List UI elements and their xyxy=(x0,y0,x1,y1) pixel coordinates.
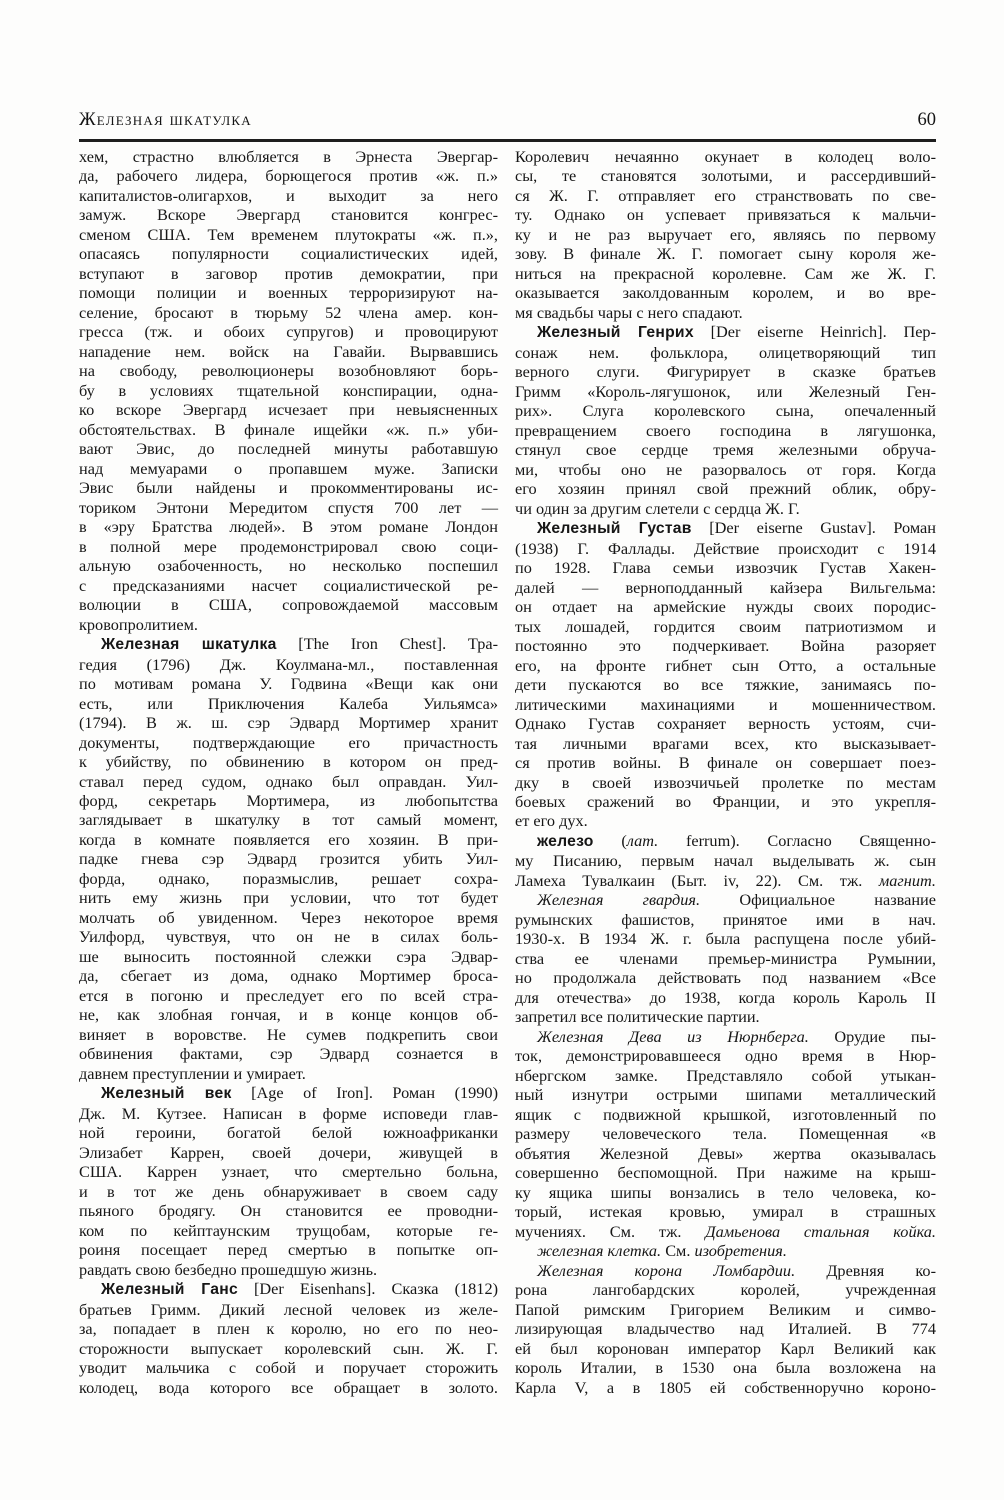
body-text: ше выносить постоянной слежки сэра Эдвар… xyxy=(79,947,498,966)
body-text: Королевич нечаянно окунает в колодец вол… xyxy=(515,147,936,166)
text-line: с предсказаниями насчет социалистической… xyxy=(79,576,498,595)
text-line: не, как злобная гончая, и в конце концов… xyxy=(79,1005,498,1024)
body-text: ку и не раз выручает его, являясь по пер… xyxy=(515,225,936,244)
body-text: [Der eiserne Heinrich]. Пер- xyxy=(694,322,936,341)
running-head: Железная шкатулка 60 xyxy=(79,110,936,131)
text-line: ся против войны. В финале он совершает п… xyxy=(515,753,936,772)
text-line: 1930-х. В 1934 Ж. г. была распущена посл… xyxy=(515,929,936,948)
body-text: верного слуги. Фигурирует в сказке брать… xyxy=(515,362,936,381)
body-text: волюции в США, сопровождаемой массовым xyxy=(79,595,498,614)
body-text: документы, подтверждающие его причастнос… xyxy=(79,733,498,752)
body-text: оказывается заколдованным королем, и во … xyxy=(515,283,936,302)
body-text: за, попадает в плен к королю, но его по … xyxy=(79,1319,498,1338)
text-line: рих». Слуга королевского сына, опечаленн… xyxy=(515,401,936,420)
text-line: обстоятельствах. В финале ищейки «ж. п.»… xyxy=(79,420,498,439)
body-text: его, на фронте гибнет сын Отто, а осталь… xyxy=(515,656,936,675)
body-text: мучениях. См. тж. xyxy=(515,1222,705,1241)
body-text: Гримм «Король-лягушонок, или Железный Ге… xyxy=(515,382,936,401)
text-line: помощи полиции и военных терроризируют н… xyxy=(79,283,498,302)
body-text: лизирующая владычество над Италией. В 77… xyxy=(515,1319,936,1338)
body-text: Однако Густав сохраняет верность устоям,… xyxy=(515,714,936,733)
text-line: Гримм «Король-лягушонок, или Железный Ге… xyxy=(515,382,936,401)
text-line: нбергском замке. Представляло собой утык… xyxy=(515,1066,936,1085)
body-text: в полной мере продемонстрировал свою соц… xyxy=(79,537,498,556)
text-line: его хозяин принял свой прежний облик, об… xyxy=(515,479,936,498)
text-line: Железная корона Ломбардии. Древняя ко- xyxy=(515,1261,936,1280)
body-text: Ламеха Тувалкаин (Быт. iv, 22). См. тж. xyxy=(515,871,879,890)
text-line: Элизабет Каррен, своей дочери, живущей в xyxy=(79,1143,498,1162)
body-text: объятия Железной Девы» жертва оказывалас… xyxy=(515,1144,936,1163)
body-text: запретил все политические партии. xyxy=(515,1007,760,1026)
body-text: ся Ж. Г. отправляет его странствовать по… xyxy=(515,186,936,205)
text-line: ток, демонстрировавшееся одно время в Ню… xyxy=(515,1046,936,1065)
text-line: сы, те становятся золотыми, и рассердивш… xyxy=(515,166,936,185)
text-line: постоянно это подчеркивает. Война разоря… xyxy=(515,636,936,655)
text-line: (1794). В ж. ш. сэр Эдвард Мортимер хран… xyxy=(79,713,498,732)
body-text: ториком Энтони Мередитом спустя 700 лет … xyxy=(79,498,498,517)
entry-age-of-iron: Железный век [Age of Iron]. Роман (1990)… xyxy=(79,1083,498,1279)
body-text: бу в условиях тщательной конспирации, од… xyxy=(79,381,498,400)
body-text: [Der Eisenhans]. Сказка (1812) xyxy=(238,1279,498,1298)
text-line: ту. Однако он успевает привязаться к мал… xyxy=(515,205,936,224)
body-text: США. Каррен узнает, что смертельно больн… xyxy=(79,1162,498,1181)
body-text: ниться на прекрасной королевне. Сам же Ж… xyxy=(515,264,936,283)
body-text: [Age of Iron]. Роман (1990) xyxy=(232,1083,498,1102)
body-text: капиталистов-олигархов, и выходит за нег… xyxy=(79,186,498,205)
italic-text: железная клетка. xyxy=(537,1241,661,1260)
entry-iron-zhelezo: железо (лат. ferrum). Согласно Священно-… xyxy=(515,831,936,890)
text-line: оказывается заколдованным королем, и во … xyxy=(515,283,936,302)
text-line: рона лангобардских королей, учрежденная xyxy=(515,1280,936,1299)
text-line: форда, однако, поразмыслив, решает сохра… xyxy=(79,869,498,888)
body-text: к убийству, по обвинению в котором он пр… xyxy=(79,752,498,771)
body-text: сонаж нем. фольклора, олицетворяющий тип xyxy=(515,343,936,362)
text-line: ет его дух. xyxy=(515,811,936,830)
text-line: ку ящика шипы вонзались в тело человека,… xyxy=(515,1183,936,1202)
italic-text: Железная гвардия. xyxy=(537,890,700,909)
text-line: уводит мальчика с собой и поручает сторо… xyxy=(79,1358,498,1377)
text-line: Уилфорд, чувствуя, что он не в силах бол… xyxy=(79,927,498,946)
body-text: и в тот же день обнаруживает в своем сад… xyxy=(79,1182,498,1201)
body-text: молчать об увиденном. Через некоторое вр… xyxy=(79,908,498,927)
text-line: по 1928. Глава семьи извозчик Густав Хак… xyxy=(515,558,936,577)
text-line: (1938) Г. Фаллады. Действие происходит с… xyxy=(515,539,936,558)
body-text: сторожности выпускает королевский сын. Ж… xyxy=(79,1339,498,1358)
entry-headword: Железный Ганс xyxy=(101,1281,238,1298)
text-line: когда в комнате появляется его хозяин. В… xyxy=(79,830,498,849)
text-line: равдать свою безбедно прошедшую жизнь. xyxy=(79,1260,498,1279)
entry-headword: железо xyxy=(537,833,594,850)
text-line: колодец, вода которого все обращает в зо… xyxy=(79,1378,498,1397)
body-text: зову. В финале Ж. Г. помогает сыну корол… xyxy=(515,244,936,263)
entry-iron-hans-continuation: Королевич нечаянно окунает в колодец вол… xyxy=(515,147,936,322)
body-text: над мемуарами о пропавшем муже. Записки xyxy=(79,459,498,478)
body-text: му Писанию, первым начал выделывать ж. с… xyxy=(515,851,936,870)
body-text: мя свадьбы чары с него спадают. xyxy=(515,303,743,322)
text-line: альную озабоченность, но несколько поспе… xyxy=(79,556,498,575)
text-line: литическими махинациями и мошенничеством… xyxy=(515,695,936,714)
body-text: опасаясь популярности социалистических и… xyxy=(79,244,498,263)
text-line: ниться на прекрасной королевне. Сам же Ж… xyxy=(515,264,936,283)
text-line: Королевич нечаянно окунает в колодец вол… xyxy=(515,147,936,166)
text-line: ей был коронован император Карл Великий … xyxy=(515,1339,936,1358)
text-line: Железная гвардия. Официальное название xyxy=(515,890,936,909)
body-text: на свободу, революционеры возобновляют б… xyxy=(79,361,498,380)
body-text: ный изнутри острыми шипами металлический xyxy=(515,1085,936,1104)
body-text: ко вскоре Эвергард исчезает при невыясне… xyxy=(79,400,498,419)
text-line: ной героини, богатой белой южноафриканки xyxy=(79,1123,498,1142)
body-text: когда в комнате появляется его хозяин. В… xyxy=(79,830,498,849)
text-line: опасаясь популярности социалистических и… xyxy=(79,244,498,263)
text-line: ше выносить постоянной слежки сэра Эдвар… xyxy=(79,947,498,966)
text-line: есть, или Приключения Калеба Уильямса» xyxy=(79,694,498,713)
body-text: ной героини, богатой белой южноафриканки xyxy=(79,1123,498,1142)
text-line: далей — верноподданный кайзера Вильгельм… xyxy=(515,578,936,597)
body-text: кровопролитием. xyxy=(79,615,198,634)
text-line: Ламеха Тувалкаин (Быт. iv, 22). См. тж. … xyxy=(515,871,936,890)
body-text: роиня посещает перед смертью в попытке о… xyxy=(79,1240,498,1259)
text-line: к убийству, по обвинению в котором он пр… xyxy=(79,752,498,771)
body-text: сы, те становятся золотыми, и рассердивш… xyxy=(515,166,936,185)
body-text: помощи полиции и военных терроризируют н… xyxy=(79,283,498,302)
text-line: стянул свое сердце тремя железными обруч… xyxy=(515,440,936,459)
body-text: Карла V, а в 1805 ей собственноручно кор… xyxy=(515,1378,936,1397)
body-text: уводит мальчика с собой и поручает сторо… xyxy=(79,1358,498,1377)
body-text: ства ее членами премьер-министра Румынии… xyxy=(515,949,936,968)
text-line: совершенно беспомощной. При нажиме на кр… xyxy=(515,1163,936,1182)
entry-iron-gustav: Железный Густав [Der eiserne Gustav]. Ро… xyxy=(515,518,936,831)
subentry-iron-guard: Железная гвардия. Официальное названиеру… xyxy=(515,890,936,1026)
text-line: ставал перед судом, однако был оправдан.… xyxy=(79,772,498,791)
body-text: хем, страстно влюбляется в Эрнеста Эверг… xyxy=(79,147,498,166)
text-line: в полной мере продемонстрировал свою соц… xyxy=(79,537,498,556)
text-line: роиня посещает перед смертью в попытке о… xyxy=(79,1240,498,1259)
text-line: да, сбегает из дома, однако Мортимер бро… xyxy=(79,966,498,985)
text-line: сменом США. Тем временем плутократы «ж. … xyxy=(79,225,498,244)
body-text: размеру человеческого тела. Помещенная «… xyxy=(515,1124,936,1143)
text-line: обвинения фактами, сэр Эдвард сознается … xyxy=(79,1044,498,1063)
body-text: нбергском замке. Представляло собой утык… xyxy=(515,1066,936,1085)
text-line: румынских фашистов, принятое ими в нач. xyxy=(515,910,936,929)
text-line: Железная Дева из Нюрнберга. Орудие пы- xyxy=(515,1027,936,1046)
text-line: Железный Густав [Der eiserne Gustav]. Ро… xyxy=(515,518,936,538)
body-text: (1794). В ж. ш. сэр Эдвард Мортимер хран… xyxy=(79,713,498,732)
text-line: кровопролитием. xyxy=(79,615,498,634)
body-text: давнем преступлении и умирает. xyxy=(79,1064,306,1083)
body-text: форд, секретарь Мортимера, из любопытств… xyxy=(79,791,498,810)
text-line: Карла V, а в 1805 ей собственноручно кор… xyxy=(515,1378,936,1397)
body-text: Орудие пы- xyxy=(809,1027,936,1046)
text-line: но продолжала действовать под названием … xyxy=(515,968,936,987)
body-text: король Италии, в 1530 она была возложена… xyxy=(515,1358,936,1377)
body-text: да, рабочего лидера, борющегося против «… xyxy=(79,166,498,185)
text-line: дети пускаются во все тяжкие, занимаясь … xyxy=(515,675,936,694)
text-line: торый, истекая кровью, умирал в страшных xyxy=(515,1202,936,1221)
text-line: нить ему жизнь при условии, что тот буде… xyxy=(79,888,498,907)
body-text: ящик с подвижной крышкой, изготовленный … xyxy=(515,1105,936,1124)
text-line: капиталистов-олигархов, и выходит за нег… xyxy=(79,186,498,205)
body-text: колодец, вода которого все обращает в зо… xyxy=(79,1378,498,1397)
text-line: превращением своего господина в лягушонк… xyxy=(515,421,936,440)
text-line: хем, страстно влюбляется в Эрнеста Эверг… xyxy=(79,147,498,166)
text-line: на свободу, революционеры возобновляют б… xyxy=(79,361,498,380)
body-text: он отдает на армейские нужды своих пород… xyxy=(515,597,936,616)
body-text: рих». Слуга королевского сына, опечаленн… xyxy=(515,401,936,420)
text-line: сторожности выпускает королевский сын. Ж… xyxy=(79,1339,498,1358)
body-text: по мотивам романа У. Годвина «Вещи как о… xyxy=(79,674,498,693)
body-text: но продолжала действовать под названием … xyxy=(515,968,936,987)
text-line: боевых сражений во Франции, и это укрепл… xyxy=(515,792,936,811)
text-line: тая личными врагами всех, кто высказывае… xyxy=(515,734,936,753)
text-line: ный изнутри острыми шипами металлический xyxy=(515,1085,936,1104)
text-line: заглядывает в шкатулку в тот самый момен… xyxy=(79,810,498,829)
entry-headword: Железный Густав xyxy=(537,520,692,537)
text-line: и в тот же день обнаруживает в своем сад… xyxy=(79,1182,498,1201)
italic-text: лат. xyxy=(627,831,658,850)
text-line: ется в погоню и преследует его по всей с… xyxy=(79,986,498,1005)
body-text: ся против войны. В финале он совершает п… xyxy=(515,753,936,772)
text-line: форд, секретарь Мортимера, из любопытств… xyxy=(79,791,498,810)
body-text: литическими махинациями и мошенничеством… xyxy=(515,695,936,714)
entry-iron-hans: Железный Ганс [Der Eisenhans]. Сказка (1… xyxy=(79,1279,498,1397)
body-text: пьяного бродягу. Он становится ее провод… xyxy=(79,1201,498,1220)
body-text: совершенно беспомощной. При нажиме на кр… xyxy=(515,1163,936,1182)
body-text: Эвис были найдены и прокомментированы ис… xyxy=(79,478,498,497)
body-text: Папой римским Григорием Великим и симво- xyxy=(515,1300,936,1319)
body-text: ку ящика шипы вонзались в тело человека,… xyxy=(515,1183,936,1202)
text-line: за, попадает в плен к королю, но его по … xyxy=(79,1319,498,1338)
italic-text: магнит. xyxy=(879,871,936,890)
body-text: виняет в воровстве. Не сумев подкрепить … xyxy=(79,1025,498,1044)
text-line: Железная шкатулка [The Iron Chest]. Тра- xyxy=(79,634,498,654)
body-text: боевых сражений во Франции, и это укрепл… xyxy=(515,792,936,811)
text-line: падке гнева сэр Эдвард грозится убить Уи… xyxy=(79,849,498,868)
body-text: селение, бросают в тюрьму 52 члена амер.… xyxy=(79,303,498,322)
text-line: ми, чтобы оно не разорвалось от горя. Ко… xyxy=(515,460,936,479)
text-line: размеру человеческого тела. Помещенная «… xyxy=(515,1124,936,1143)
body-text: замуж. Вскоре Эвергард становится конгре… xyxy=(79,205,498,224)
text-line: он отдает на армейские нужды своих пород… xyxy=(515,597,936,616)
body-text: ( xyxy=(594,831,627,850)
body-text: постоянно это подчеркивает. Война разоря… xyxy=(515,636,936,655)
body-text: стянул свое сердце тремя железными обруч… xyxy=(515,440,936,459)
text-line: документы, подтверждающие его причастнос… xyxy=(79,733,498,752)
body-text: форда, однако, поразмыслив, решает сохра… xyxy=(79,869,498,888)
body-text: сменом США. Тем временем плутократы «ж. … xyxy=(79,225,498,244)
body-text: превращением своего господина в лягушонк… xyxy=(515,421,936,440)
text-line: ку и не раз выручает его, являясь по пер… xyxy=(515,225,936,244)
text-line: Папой римским Григорием Великим и симво- xyxy=(515,1300,936,1319)
body-text: ток, демонстрировавшееся одно время в Ню… xyxy=(515,1046,936,1065)
text-line: железная клетка. См. изобретения. xyxy=(515,1241,936,1260)
text-line: Железный Ганс [Der Eisenhans]. Сказка (1… xyxy=(79,1279,498,1299)
body-text: Официальное название xyxy=(700,890,936,909)
text-line: Железный Генрих [Der eiserne Heinrich]. … xyxy=(515,322,936,342)
body-text: братьев Гримм. Дикий лесной человек из ж… xyxy=(79,1300,498,1319)
text-line: гедия (1796) Дж. Коулмана-мл., поставлен… xyxy=(79,655,498,674)
text-line: бу в условиях тщательной конспирации, од… xyxy=(79,381,498,400)
body-text: ет его дух. xyxy=(515,811,588,830)
entry-iron-heinrich: Железный Генрих [Der eiserne Heinrich]. … xyxy=(515,322,936,518)
body-text: ей был коронован император Карл Великий … xyxy=(515,1339,936,1358)
body-text: тая личными врагами всех, кто высказывае… xyxy=(515,734,936,753)
text-line: вают Эвис, до последней минуты работавшу… xyxy=(79,439,498,458)
text-line: ториком Энтони Мередитом спустя 700 лет … xyxy=(79,498,498,517)
text-line: Эвис были найдены и прокомментированы ис… xyxy=(79,478,498,497)
body-text: в «эру Братства людей». В этом романе Ло… xyxy=(79,517,498,536)
body-text: по 1928. Глава семьи извозчик Густав Хак… xyxy=(515,558,936,577)
body-text: тых лошадей, гордится своим патриотизмом… xyxy=(515,617,936,636)
body-text: с предсказаниями насчет социалистической… xyxy=(79,576,498,595)
body-text: для отечества» до 1938, когда король Кар… xyxy=(515,988,936,1007)
text-line: железо (лат. ferrum). Согласно Священно- xyxy=(515,831,936,851)
body-text: нить ему жизнь при условии, что тот буде… xyxy=(79,888,498,907)
body-text: дку в своей извозчичьей пролетке по мест… xyxy=(515,773,936,792)
entry-headword: Железный Генрих xyxy=(537,324,694,341)
body-text: обвинения фактами, сэр Эдвард сознается … xyxy=(79,1044,498,1063)
body-text: да, сбегает из дома, однако Мортимер бро… xyxy=(79,966,498,985)
text-columns: хем, страстно влюбляется в Эрнеста Эверг… xyxy=(79,147,936,1397)
text-line: зову. В финале Ж. Г. помогает сыну корол… xyxy=(515,244,936,263)
italic-text: Железная корона Ломбардии. xyxy=(537,1261,795,1280)
body-text: нападение нем. войск на Гавайи. Вырвавши… xyxy=(79,342,498,361)
italic-text: Дамьенова стальная койка. xyxy=(705,1222,936,1241)
body-text: далей — верноподданный кайзера Вильгельм… xyxy=(515,578,936,597)
text-line: чи один за другим слетели с сердца Ж. Г. xyxy=(515,499,936,518)
body-text: чи один за другим слетели с сердца Ж. Г. xyxy=(515,499,800,518)
body-text: ferrum). Согласно Священно- xyxy=(658,831,936,850)
running-title: Железная шкатулка xyxy=(79,110,252,131)
body-text: [Der eiserne Gustav]. Роман xyxy=(692,518,936,537)
italic-text: Железная Дева из Нюрнберга. xyxy=(537,1027,809,1046)
text-line: его, на фронте гибнет сын Отто, а осталь… xyxy=(515,656,936,675)
text-line: по мотивам романа У. Годвина «Вещи как о… xyxy=(79,674,498,693)
body-text: альную озабоченность, но несколько поспе… xyxy=(79,556,498,575)
body-text: 1930-х. В 1934 Ж. г. была распущена посл… xyxy=(515,929,936,948)
text-line: волюции в США, сопровождаемой массовым xyxy=(79,595,498,614)
text-line: Однако Густав сохраняет верность устоям,… xyxy=(515,714,936,733)
body-text: рона лангобардских королей, учрежденная xyxy=(515,1280,936,1299)
body-text: обстоятельствах. В финале ищейки «ж. п.»… xyxy=(79,420,498,439)
body-text: Элизабет Каррен, своей дочери, живущей в xyxy=(79,1143,498,1162)
text-line: для отечества» до 1938, когда король Кар… xyxy=(515,988,936,1007)
body-text: ется в погоню и преследует его по всей с… xyxy=(79,986,498,1005)
text-line: тых лошадей, гордится своим патриотизмом… xyxy=(515,617,936,636)
entry-iron-chest: Железная шкатулка [The Iron Chest]. Тра-… xyxy=(79,634,498,1083)
body-text: румынских фашистов, принятое ими в нач. xyxy=(515,910,936,929)
body-text: вают Эвис, до последней минуты работавшу… xyxy=(79,439,498,458)
body-text: не, как злобная гончая, и в конце концов… xyxy=(79,1005,498,1024)
body-text: вступают в заговор против демократии, пр… xyxy=(79,264,498,283)
text-line: замуж. Вскоре Эвергард становится конгре… xyxy=(79,205,498,224)
body-text: гедия (1796) Дж. Коулмана-мл., поставлен… xyxy=(79,655,498,674)
body-text: торый, истекая кровью, умирал в страшных xyxy=(515,1202,936,1221)
body-text: ту. Однако он успевает привязаться к мал… xyxy=(515,205,936,224)
text-line: над мемуарами о пропавшем муже. Записки xyxy=(79,459,498,478)
text-line: му Писанию, первым начал выделывать ж. с… xyxy=(515,851,936,870)
body-text: заглядывает в шкатулку в тот самый момен… xyxy=(79,810,498,829)
text-line: Дж. М. Кутзее. Написан в форме исповеди … xyxy=(79,1104,498,1123)
entry-headword: Железная шкатулка xyxy=(101,636,277,653)
text-line: пьяного бродягу. Он становится ее провод… xyxy=(79,1201,498,1220)
text-line: запретил все политические партии. xyxy=(515,1007,936,1026)
text-line: ства ее членами премьер-министра Румынии… xyxy=(515,949,936,968)
text-line: США. Каррен узнает, что смертельно больн… xyxy=(79,1162,498,1181)
body-text: гресса (тж. и обоих супругов) и провоцир… xyxy=(79,322,498,341)
subentry-iron-cage: железная клетка. См. изобретения. xyxy=(515,1241,936,1260)
text-line: сонаж нем. фольклора, олицетворяющий тип xyxy=(515,343,936,362)
text-line: ся Ж. Г. отправляет его странствовать по… xyxy=(515,186,936,205)
body-text: ставал перед судом, однако был оправдан.… xyxy=(79,772,498,791)
text-line: нападение нем. войск на Гавайи. Вырвавши… xyxy=(79,342,498,361)
body-text: (1938) Г. Фаллады. Действие происходит с… xyxy=(515,539,936,558)
left-column: хем, страстно влюбляется в Эрнеста Эверг… xyxy=(79,147,498,1397)
text-line: ящик с подвижной крышкой, изготовленный … xyxy=(515,1105,936,1124)
subentry-iron-maiden: Железная Дева из Нюрнберга. Орудие пы-то… xyxy=(515,1027,936,1241)
page-number: 60 xyxy=(918,110,937,131)
text-line: король Италии, в 1530 она была возложена… xyxy=(515,1358,936,1377)
text-line: братьев Гримм. Дикий лесной человек из ж… xyxy=(79,1300,498,1319)
text-line: давнем преступлении и умирает. xyxy=(79,1064,498,1083)
body-text: его хозяин принял свой прежний облик, об… xyxy=(515,479,936,498)
body-text: есть, или Приключения Калеба Уильямса» xyxy=(79,694,498,713)
body-text: ком по кейптаунским трущобам, которые ге… xyxy=(79,1221,498,1240)
text-line: да, рабочего лидера, борющегося против «… xyxy=(79,166,498,185)
text-line: ко вскоре Эвергард исчезает при невыясне… xyxy=(79,400,498,419)
entry-iron-heel-continuation: хем, страстно влюбляется в Эрнеста Эверг… xyxy=(79,147,498,634)
text-line: молчать об увиденном. Через некоторое вр… xyxy=(79,908,498,927)
body-text: [The Iron Chest]. Тра- xyxy=(277,634,498,653)
text-line: объятия Железной Девы» жертва оказывалас… xyxy=(515,1144,936,1163)
body-text: Дж. М. Кутзее. Написан в форме исповеди … xyxy=(79,1104,498,1123)
subentry-iron-crown: Железная корона Ломбардии. Древняя ко-ро… xyxy=(515,1261,936,1397)
entry-headword: Железный век xyxy=(101,1085,232,1102)
body-text: дети пускаются во все тяжкие, занимаясь … xyxy=(515,675,936,694)
body-text: Уилфорд, чувствуя, что он не в силах бол… xyxy=(79,927,498,946)
header-rule xyxy=(79,139,936,142)
body-text: Древняя ко- xyxy=(795,1261,936,1280)
text-line: лизирующая владычество над Италией. В 77… xyxy=(515,1319,936,1338)
right-column: Королевич нечаянно окунает в колодец вол… xyxy=(515,147,936,1397)
encyclopedia-page: { "header": { "running_title": "Железная… xyxy=(0,0,1004,1500)
text-line: мя свадьбы чары с него спадают. xyxy=(515,303,936,322)
body-text: ми, чтобы оно не разорвалось от горя. Ко… xyxy=(515,460,936,479)
text-line: Железный век [Age of Iron]. Роман (1990) xyxy=(79,1083,498,1103)
text-line: вступают в заговор против демократии, пр… xyxy=(79,264,498,283)
text-line: ком по кейптаунским трущобам, которые ге… xyxy=(79,1221,498,1240)
text-line: селение, бросают в тюрьму 52 члена амер.… xyxy=(79,303,498,322)
body-text: равдать свою безбедно прошедшую жизнь. xyxy=(79,1260,377,1279)
text-line: в «эру Братства людей». В этом романе Ло… xyxy=(79,517,498,536)
body-text: См. xyxy=(661,1241,694,1260)
text-line: верного слуги. Фигурирует в сказке брать… xyxy=(515,362,936,381)
text-line: виняет в воровстве. Не сумев подкрепить … xyxy=(79,1025,498,1044)
italic-text: изобретения. xyxy=(695,1241,787,1260)
body-text: падке гнева сэр Эдвард грозится убить Уи… xyxy=(79,849,498,868)
text-line: дку в своей извозчичьей пролетке по мест… xyxy=(515,773,936,792)
text-line: мучениях. См. тж. Дамьенова стальная кой… xyxy=(515,1222,936,1241)
text-line: гресса (тж. и обоих супругов) и провоцир… xyxy=(79,322,498,341)
